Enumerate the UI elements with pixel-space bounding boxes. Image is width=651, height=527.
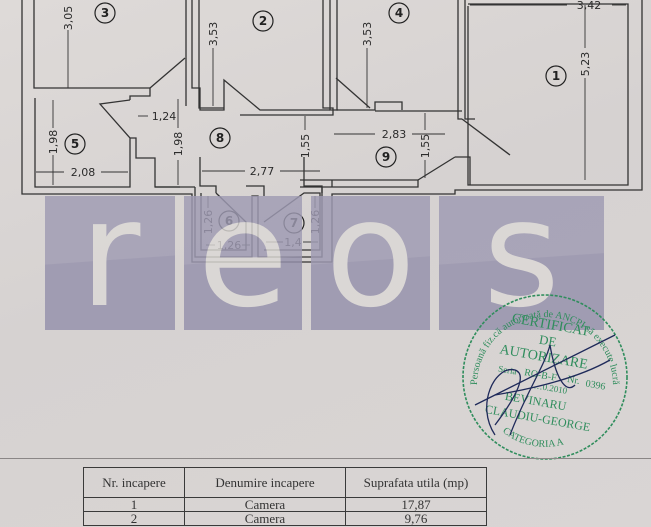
dim-room8-c: 2,77 <box>250 165 275 178</box>
dim-room5-width: 2,08 <box>71 166 96 179</box>
watermark-block-e: e <box>184 196 302 330</box>
dim-room1-width: 3,42 <box>577 0 602 12</box>
dim-room3-height: 3,05 <box>62 6 75 31</box>
dim-room8-d: 1,55 <box>299 134 312 159</box>
table-row: 1 Camera 17,87 <box>84 498 487 512</box>
cell-usable-area: 17,87 <box>346 498 487 512</box>
cell-usable-area: 9,76 <box>346 512 487 526</box>
table-row: 2 Camera 9,76 <box>84 512 487 526</box>
watermark-block-r: r <box>45 196 175 330</box>
header-room-name: Denumire incapere <box>185 468 346 498</box>
room-number-3: 3 <box>101 6 109 20</box>
separator-line <box>0 458 651 459</box>
room-number-4: 4 <box>395 6 403 20</box>
dim-room5-height: 1,98 <box>47 130 60 155</box>
stamp-nr-value: 0396 <box>585 378 607 392</box>
floor-plan-document: 3 2 4 1 5 8 9 6 7 3,05 3,53 3,53 3,42 5,… <box>0 0 651 527</box>
svg-text:CATEGORIA A: CATEGORIA A <box>500 425 565 450</box>
stamp-line2: DE <box>538 332 558 350</box>
room-number-2: 2 <box>259 14 267 28</box>
dim-room9-height: 1,55 <box>419 134 432 159</box>
dim-room4-height: 3,53 <box>361 22 374 47</box>
dim-room8-a: 1,24 <box>152 110 177 123</box>
room-number-8: 8 <box>216 131 224 145</box>
room-number-9: 9 <box>382 150 390 164</box>
header-usable-area: Suprafata utila (mp) <box>346 468 487 498</box>
authorization-stamp: Persoană fiz.că autorizată de ANCPI să e… <box>455 285 635 465</box>
cell-room-number: 2 <box>84 512 185 526</box>
cell-room-number: 1 <box>84 498 185 512</box>
dim-room9-width: 2,83 <box>382 128 407 141</box>
cell-room-name: Camera <box>185 498 346 512</box>
room-number-5: 5 <box>71 137 79 151</box>
watermark-letter: r <box>45 196 175 328</box>
stamp-category: CATEGORIA A <box>500 425 565 450</box>
watermark-letter: e <box>184 196 302 328</box>
dim-room2-height: 3,53 <box>207 22 220 47</box>
watermark-block-o: o <box>311 196 430 330</box>
room-area-table: Nr. incapere Denumire incapere Suprafata… <box>83 467 487 526</box>
header-room-number: Nr. incapere <box>84 468 185 498</box>
dim-room8-b: 1,98 <box>172 132 185 157</box>
cell-room-name: Camera <box>185 512 346 526</box>
watermark-letter: o <box>311 196 430 328</box>
room-number-1: 1 <box>552 69 560 83</box>
dim-room1-height: 5,23 <box>579 52 592 77</box>
